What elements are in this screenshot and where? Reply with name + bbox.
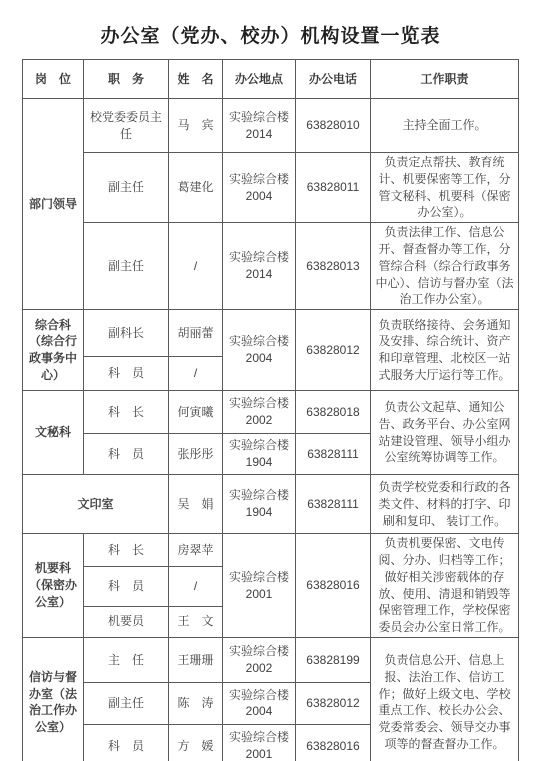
location-cell: 实验综合楼2004 xyxy=(223,310,296,391)
duty-cell: 负责联络接待、会务通知及安排、综合统计、资产和印章管理、北校区一站式服务大厅运行… xyxy=(371,310,519,391)
phone-cell: 63828011 xyxy=(296,153,371,223)
job-title-cell: 机要员 xyxy=(84,606,169,637)
table-row: 副主任 / 实验综合楼2014 63828013 负责法律工作、信息公开、督查督… xyxy=(23,223,519,310)
duty-cell: 负责学校党委和行政的各类文件、材料的打字、印刷和复印、 装订工作。 xyxy=(371,475,519,534)
name-cell: 张彤彤 xyxy=(169,434,223,475)
location-cell: 实验综合楼2004 xyxy=(223,682,296,724)
phone-cell: 63828111 xyxy=(296,434,371,475)
header-name: 姓 名 xyxy=(169,60,223,99)
location-cell: 实验综合楼2001 xyxy=(223,724,296,761)
job-title-cell: 副主任 xyxy=(84,682,169,724)
name-cell: 何寅曦 xyxy=(169,391,223,434)
job-title-cell: 主 任 xyxy=(84,637,169,682)
page-title: 办公室（党办、校办）机构设置一览表 xyxy=(0,0,541,59)
job-title-cell: 副主任 xyxy=(84,153,169,223)
job-title-cell: 科 员 xyxy=(84,434,169,475)
phone-cell: 63828012 xyxy=(296,310,371,391)
location-cell: 实验综合楼1904 xyxy=(223,434,296,475)
name-cell: 马 宾 xyxy=(169,99,223,153)
position-cell: 信访与督办室（法治工作办公室） xyxy=(23,637,84,761)
job-title-cell: 科 员 xyxy=(84,567,169,606)
phone-cell: 63828016 xyxy=(296,534,371,638)
name-cell: 王 文 xyxy=(169,606,223,637)
job-title-cell: 副科长 xyxy=(84,310,169,357)
job-title-cell: 科 员 xyxy=(84,357,169,391)
name-cell: 房翠苹 xyxy=(169,534,223,567)
phone-cell: 63828018 xyxy=(296,391,371,434)
name-cell: / xyxy=(169,567,223,606)
table-row: 文秘科 科 长 何寅曦 实验综合楼2002 63828018 负责公文起草、通知… xyxy=(23,391,519,434)
header-phone: 办公电话 xyxy=(296,60,371,99)
location-cell: 实验综合楼2014 xyxy=(223,223,296,310)
name-cell: 王珊珊 xyxy=(169,637,223,682)
duty-cell: 主持全面工作。 xyxy=(371,99,519,153)
duty-cell: 负责信息公开、信息上报、法治工作、信访工作；做好上级文电、学校重点工作、校长办公… xyxy=(371,637,519,761)
phone-cell: 63828016 xyxy=(296,724,371,761)
phone-cell: 63828010 xyxy=(296,99,371,153)
position-cell: 部门领导 xyxy=(23,99,84,310)
table-row: 副主任 葛建化 实验综合楼2004 63828011 负责定点帮扶、教育统计、机… xyxy=(23,153,519,223)
header-position: 岗 位 xyxy=(23,60,84,99)
table-row: 部门领导 校党委委员主任 马 宾 实验综合楼2014 63828010 主持全面… xyxy=(23,99,519,153)
phone-cell: 63828199 xyxy=(296,637,371,682)
name-cell: 吴 娟 xyxy=(169,475,223,534)
position-cell: 文印室 xyxy=(23,475,169,534)
table-row: 综合科（综合行政事务中心） 副科长 胡丽蕾 实验综合楼2004 63828012… xyxy=(23,310,519,357)
header-row: 岗 位 职 务 姓 名 办公地点 办公电话 工作职责 xyxy=(23,60,519,99)
duty-cell: 负责定点帮扶、教育统计、机要保密等工作，分管文秘科、机要科（保密办公室）。 xyxy=(371,153,519,223)
name-cell: 葛建化 xyxy=(169,153,223,223)
duty-cell: 负责机要保密、文电传阅、分办、归档等工作；做好相关涉密载体的存放、使用、清退和销… xyxy=(371,534,519,638)
job-title-cell: 科 长 xyxy=(84,391,169,434)
location-cell: 实验综合楼2001 xyxy=(223,534,296,638)
header-job-title: 职 务 xyxy=(84,60,169,99)
phone-cell: 63828012 xyxy=(296,682,371,724)
phone-cell: 63828013 xyxy=(296,223,371,310)
location-cell: 实验综合楼2002 xyxy=(223,391,296,434)
phone-cell: 63828111 xyxy=(296,475,371,534)
document-page: 办公室（党办、校办）机构设置一览表 岗 位 职 务 姓 名 办公地点 办公电话 … xyxy=(0,0,541,761)
header-responsibility: 工作职责 xyxy=(371,60,519,99)
table-row: 机要科（保密办公室） 科 长 房翠苹 实验综合楼2001 63828016 负责… xyxy=(23,534,519,567)
location-cell: 实验综合楼2004 xyxy=(223,153,296,223)
duty-cell: 负责法律工作、信息公开、督查督办等工作，分管综合科（综合行政事务中心）、信访与督… xyxy=(371,223,519,310)
job-title-cell: 科 员 xyxy=(84,724,169,761)
table-row: 文印室 吴 娟 实验综合楼1904 63828111 负责学校党委和行政的各类文… xyxy=(23,475,519,534)
duty-cell: 负责公文起草、通知公告、政务平台、办公室网站建设管理、领导小组办公室统筹协调等工… xyxy=(371,391,519,475)
name-cell: 陈 涛 xyxy=(169,682,223,724)
name-cell: / xyxy=(169,357,223,391)
location-cell: 实验综合楼2002 xyxy=(223,637,296,682)
header-location: 办公地点 xyxy=(223,60,296,99)
position-cell: 文秘科 xyxy=(23,391,84,475)
position-cell: 机要科（保密办公室） xyxy=(23,534,84,638)
name-cell: / xyxy=(169,223,223,310)
job-title-cell: 副主任 xyxy=(84,223,169,310)
position-cell: 综合科（综合行政事务中心） xyxy=(23,310,84,391)
job-title-cell: 校党委委员主任 xyxy=(84,99,169,153)
name-cell: 胡丽蕾 xyxy=(169,310,223,357)
table-row: 信访与督办室（法治工作办公室） 主 任 王珊珊 实验综合楼2002 638281… xyxy=(23,637,519,682)
job-title-cell: 科 长 xyxy=(84,534,169,567)
org-structure-table: 岗 位 职 务 姓 名 办公地点 办公电话 工作职责 部门领导 校党委委员主任 … xyxy=(22,59,519,761)
location-cell: 实验综合楼1904 xyxy=(223,475,296,534)
name-cell: 方 媛 xyxy=(169,724,223,761)
location-cell: 实验综合楼2014 xyxy=(223,99,296,153)
